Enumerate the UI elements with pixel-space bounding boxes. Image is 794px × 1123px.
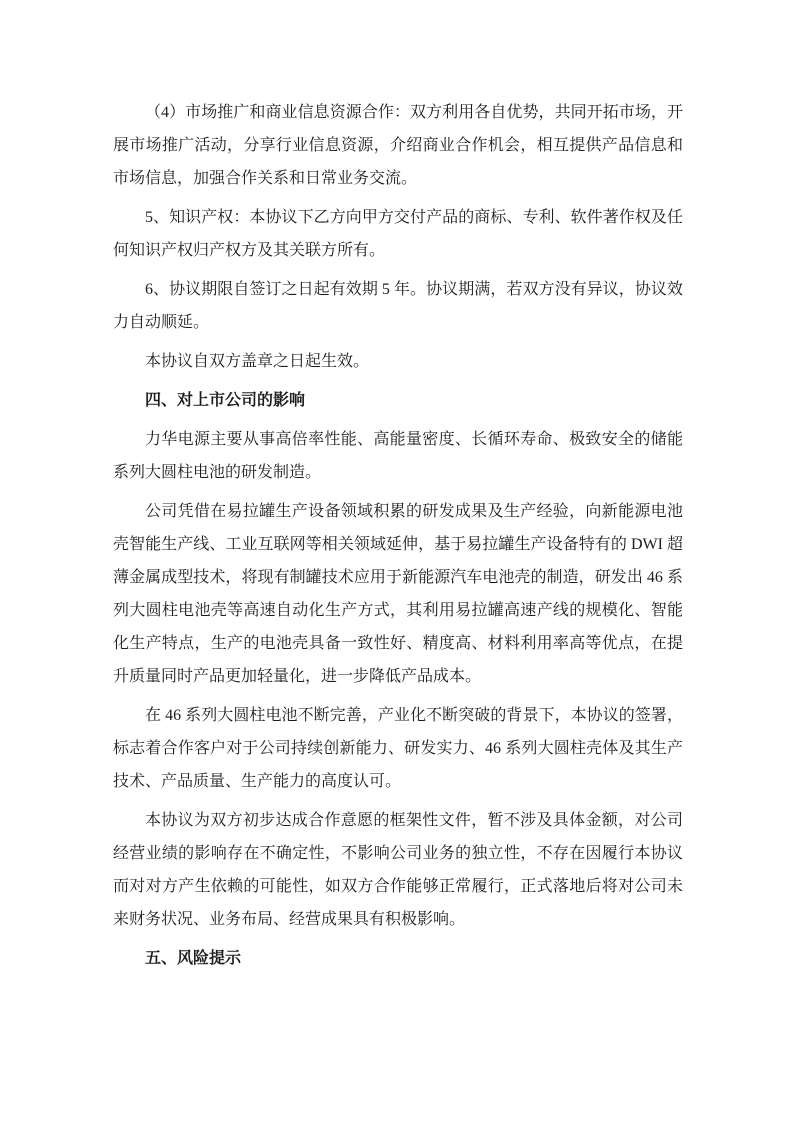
paragraph-framework-disclaimer: 本协议为双方初步达成合作意愿的框架性文件，暂不涉及具体金额，对公司经营业绩的影响… (113, 804, 683, 936)
paragraph-effective-date: 本协议自双方盖章之日起生效。 (113, 345, 683, 378)
section-heading-risk-notice: 五、风险提示 (113, 942, 683, 975)
paragraph-agreement-significance: 在 46 系列大圆柱电池不断完善，产业化不断突破的背景下，本协议的签署，标志着合… (113, 699, 683, 798)
document-page: （4）市场推广和商业信息资源合作：双方利用各自优势，共同开拓市场，开展市场推广活… (0, 0, 794, 1123)
paragraph-market-cooperation: （4）市场推广和商业信息资源合作：双方利用各自优势，共同开拓市场，开展市场推广活… (113, 96, 683, 195)
paragraph-lihua-power-business: 力华电源主要从事高倍率性能、高能量密度、长循环寿命、极致安全的储能系列大圆柱电池… (113, 423, 683, 489)
paragraph-agreement-term: 6、协议期限自签订之日起有效期 5 年。协议期满，若双方没有异议，协议效力自动顺… (113, 273, 683, 339)
paragraph-company-technology: 公司凭借在易拉罐生产设备领域积累的研发成果及生产经验，向新能源电池壳智能生产线、… (113, 495, 683, 693)
paragraph-intellectual-property: 5、知识产权：本协议下乙方向甲方交付产品的商标、专利、软件著作权及任何知识产权归… (113, 201, 683, 267)
section-heading-impact-on-company: 四、对上市公司的影响 (113, 384, 683, 417)
